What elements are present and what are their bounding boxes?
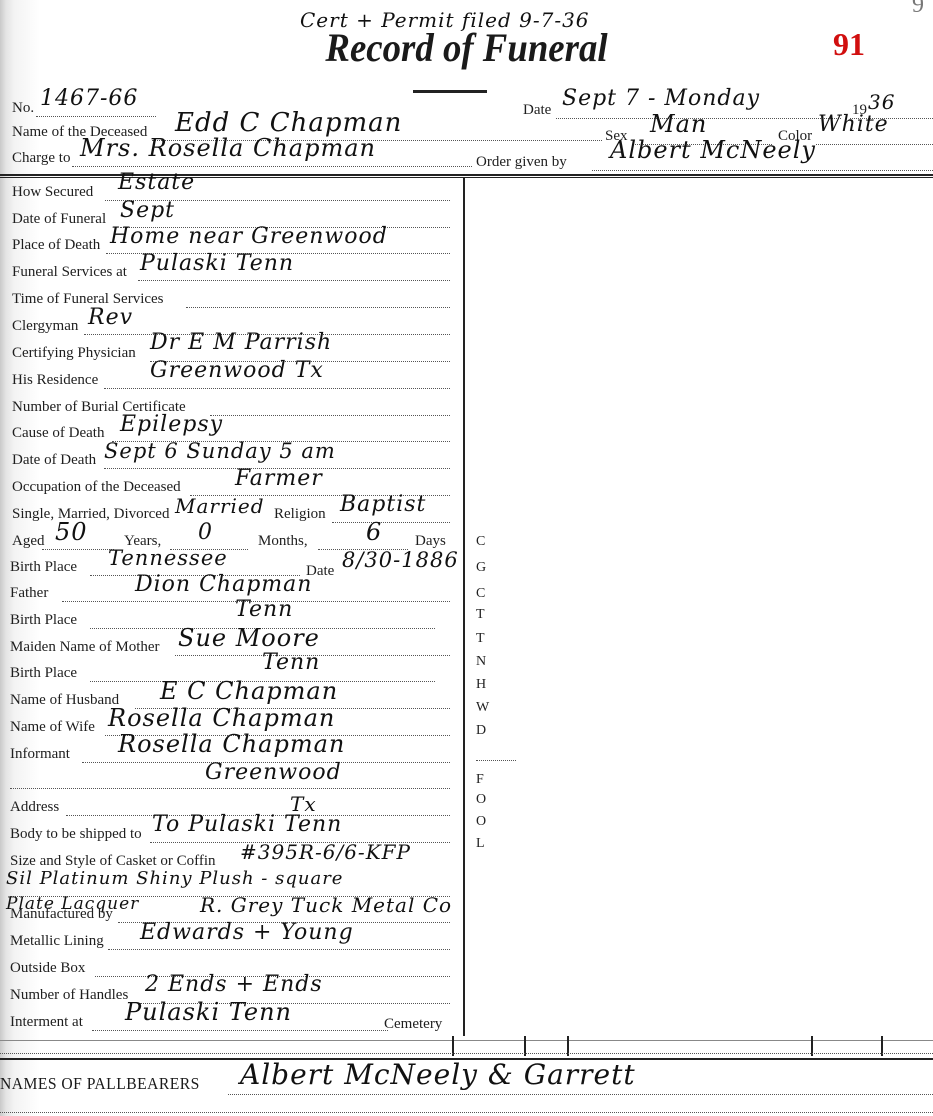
right-letter: L bbox=[476, 836, 485, 852]
mother-birth-place-label: Birth Place bbox=[10, 665, 77, 682]
body-shipped-to-label: Body to be shipped to bbox=[10, 826, 142, 843]
date-of-death-label: Date of Death bbox=[12, 452, 96, 469]
religion-value: Baptist bbox=[340, 492, 426, 517]
right-letter: T bbox=[476, 631, 485, 647]
father-label: Father bbox=[10, 585, 48, 602]
interment-line bbox=[92, 1030, 388, 1031]
right-letter: O bbox=[476, 792, 486, 808]
right-letter: T bbox=[476, 607, 485, 623]
date-year-suffix: 36 bbox=[868, 90, 895, 114]
no-value: 1467-66 bbox=[40, 86, 138, 111]
date-of-death-value: Sept 6 Sunday 5 am bbox=[104, 439, 336, 463]
address-line-1 bbox=[10, 788, 450, 789]
marital-status-label: Single, Married, Divorced bbox=[12, 506, 169, 523]
certifying-physician-value: Dr E M Parrish bbox=[150, 330, 332, 355]
right-letter: W bbox=[476, 700, 489, 716]
cause-of-death-value: Epilepsy bbox=[120, 412, 223, 437]
right-letter: C bbox=[476, 534, 485, 550]
burial-certificate-line bbox=[210, 415, 450, 416]
right-letter: G bbox=[476, 560, 486, 576]
husband-label: Name of Husband bbox=[10, 692, 119, 709]
funeral-services-at-line bbox=[138, 280, 450, 281]
his-residence-label: His Residence bbox=[12, 372, 98, 389]
marital-status-value: Married bbox=[175, 494, 265, 518]
aged-months-value: 0 bbox=[198, 520, 213, 545]
footer-top-rule bbox=[0, 1040, 933, 1041]
casket-line2-value: Sil Platinum Shiny Plush - square bbox=[6, 868, 343, 889]
metallic-lining-value: Edwards + Young bbox=[140, 920, 354, 945]
address-label: Address bbox=[10, 799, 59, 816]
clergyman-label: Clergyman bbox=[12, 318, 78, 335]
mother-maiden-name-value: Sue Moore bbox=[178, 624, 320, 652]
right-letter: N bbox=[476, 654, 486, 670]
aged-days-value: 6 bbox=[366, 518, 382, 546]
aged-years-value: 50 bbox=[55, 518, 88, 546]
right-letter: C bbox=[476, 586, 485, 602]
corner-faint-mark: 9 bbox=[912, 0, 924, 19]
charge-to-line bbox=[72, 166, 472, 167]
his-residence-value: Greenwood Tx bbox=[150, 358, 324, 383]
right-letter: H bbox=[476, 677, 486, 693]
manufactured-by-value: R. Grey Tuck Metal Co bbox=[200, 893, 452, 917]
father-value: Dion Chapman bbox=[135, 572, 312, 597]
interment-value: Pulaski Tenn bbox=[125, 998, 292, 1026]
husband-value: E C Chapman bbox=[160, 677, 338, 705]
metallic-lining-label: Metallic Lining bbox=[10, 933, 104, 950]
footer-dotted-row bbox=[0, 1053, 933, 1054]
date-label: Date bbox=[523, 102, 551, 119]
right-letter: O bbox=[476, 814, 486, 830]
religion-label: Religion bbox=[274, 506, 326, 523]
occupation-label: Occupation of the Deceased bbox=[12, 479, 181, 496]
document-title: Record of Funeral bbox=[37, 24, 895, 71]
address-line1-value: Greenwood bbox=[205, 760, 342, 785]
title-underline bbox=[413, 90, 487, 93]
sex-value: Man bbox=[650, 110, 707, 138]
aged-years-line bbox=[42, 549, 114, 550]
no-label: No. bbox=[12, 100, 34, 117]
pallbearers-line-2 bbox=[0, 1112, 933, 1113]
interment-label: Interment at bbox=[10, 1014, 83, 1031]
order-given-by-value: Albert McNeely bbox=[610, 136, 816, 164]
pallbearers-value: Albert McNeely & Garrett bbox=[240, 1058, 636, 1091]
birth-place-value: Tennessee bbox=[108, 546, 228, 570]
his-residence-line bbox=[104, 388, 450, 389]
casket-value: #395R-6/6-KFP bbox=[240, 840, 411, 864]
funeral-record-page: 9 Cert + Permit filed 9-7-36 Record of F… bbox=[0, 0, 933, 1116]
order-given-by-line bbox=[592, 170, 933, 171]
mother-birth-place-value: Tenn bbox=[262, 650, 320, 675]
color-line bbox=[816, 144, 933, 145]
charge-to-label: Charge to bbox=[12, 150, 70, 167]
birth-place-label: Birth Place bbox=[10, 559, 77, 576]
right-column-dotted-line bbox=[476, 760, 516, 761]
certifying-physician-label: Certifying Physician bbox=[12, 345, 136, 362]
cemetery-suffix: Cemetery bbox=[384, 1016, 442, 1033]
father-birth-place-label: Birth Place bbox=[10, 612, 77, 629]
color-value: White bbox=[818, 112, 889, 137]
clergyman-value: Rev bbox=[88, 305, 133, 330]
place-of-death-value: Home near Greenwood bbox=[110, 224, 388, 249]
date-of-funeral-label: Date of Funeral bbox=[12, 211, 106, 228]
right-letter: D bbox=[476, 723, 486, 739]
handles-label: Number of Handles bbox=[10, 987, 128, 1004]
right-letter: F bbox=[476, 772, 484, 788]
order-given-by-label: Order given by bbox=[476, 154, 567, 171]
manufactured-by-label: Manufactured by bbox=[10, 906, 113, 923]
wife-value: Rosella Chapman bbox=[108, 704, 335, 732]
wife-label: Name of Wife bbox=[10, 719, 95, 736]
outside-box-label: Outside Box bbox=[10, 960, 85, 977]
father-birth-place-value: Tenn bbox=[235, 597, 293, 622]
cause-of-death-label: Cause of Death bbox=[12, 425, 104, 442]
how-secured-label: How Secured bbox=[12, 184, 93, 201]
body-shipped-to-value: To Pulaski Tenn bbox=[152, 812, 342, 837]
aged-label: Aged bbox=[12, 533, 45, 550]
pallbearers-label: NAMES OF PALLBEARERS bbox=[0, 1074, 200, 1094]
no-line bbox=[36, 116, 156, 117]
charge-to-value: Mrs. Rosella Chapman bbox=[80, 134, 376, 162]
religion-line bbox=[332, 522, 450, 523]
funeral-services-at-value: Pulaski Tenn bbox=[140, 251, 294, 276]
time-of-funeral-line bbox=[186, 307, 450, 308]
how-secured-value: Estate bbox=[118, 170, 195, 195]
occupation-value: Farmer bbox=[235, 466, 323, 491]
informant-label: Informant bbox=[10, 746, 70, 763]
date-of-funeral-value: Sept bbox=[120, 198, 175, 223]
informant-value: Rosella Chapman bbox=[118, 730, 345, 758]
page-number-stamp: 91 bbox=[833, 26, 865, 63]
column-divider bbox=[463, 178, 465, 1036]
handles-value: 2 Ends + Ends bbox=[145, 972, 323, 997]
place-of-death-label: Place of Death bbox=[12, 237, 100, 254]
mother-maiden-name-label: Maiden Name of Mother bbox=[10, 639, 160, 656]
birth-date-value: 8/30-1886 bbox=[342, 548, 459, 572]
months-label: Months, bbox=[258, 533, 308, 550]
metallic-lining-line bbox=[108, 949, 450, 950]
pallbearers-line bbox=[228, 1094, 933, 1095]
funeral-services-at-label: Funeral Services at bbox=[12, 264, 127, 281]
date-value: Sept 7 - Monday bbox=[562, 86, 760, 111]
